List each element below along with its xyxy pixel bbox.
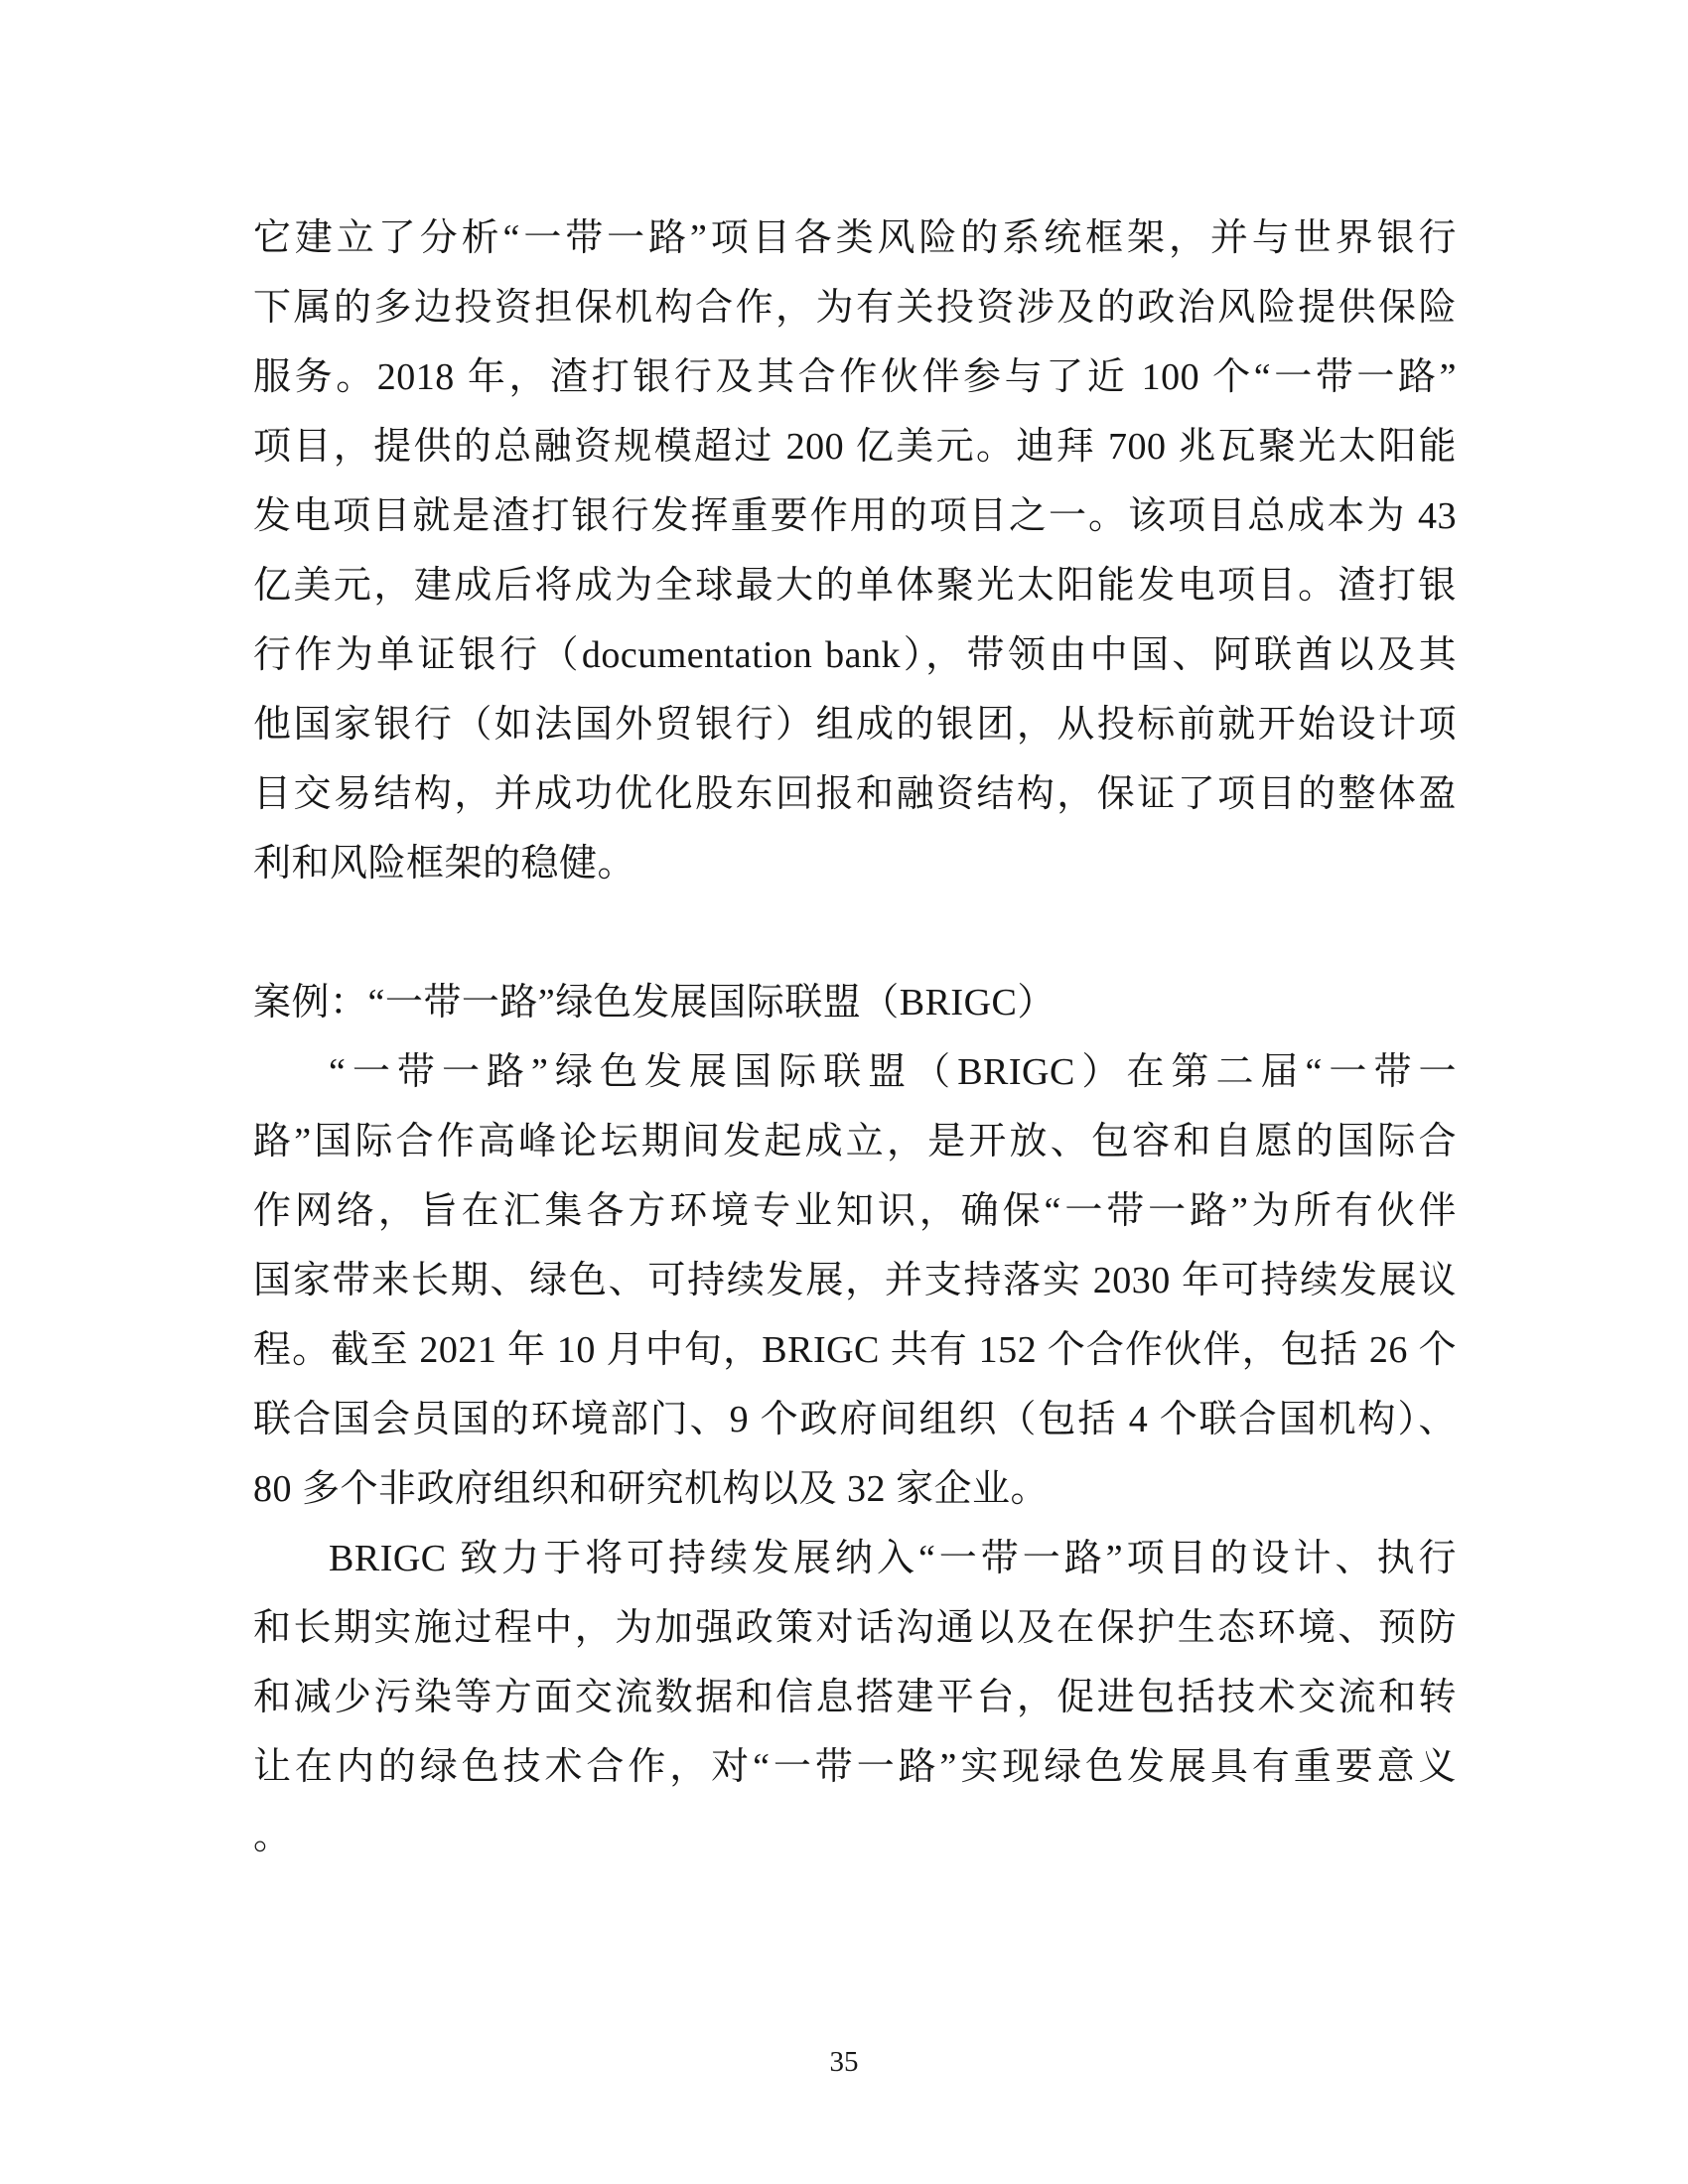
page-number: 35 (830, 2046, 859, 2078)
text-line: BRIGC 致力于将可持续发展纳入“一带一路”项目的设计、执行 (253, 1524, 1457, 1593)
text-line: 下属的多边投资担保机构合作，为有关投资涉及的政治风险提供保险 (253, 273, 1457, 342)
text-line: 和减少污染等方面交流数据和信息搭建平台，促进包括技术交流和转 (253, 1663, 1457, 1732)
paragraph-belt-road-risk: 它建立了分析“一带一路”项目各类风险的系统框架，并与世界银行下属的多边投资担保机… (253, 204, 1457, 898)
text-line: 行作为单证银行（documentation bank），带领由中国、阿联酋以及其 (253, 620, 1457, 690)
text-line: 服务。2018 年，渣打银行及其合作伙伴参与了近 100 个“一带一路” (253, 342, 1457, 412)
text-line: 项目，提供的总融资规模超过 200 亿美元。迪拜 700 兆瓦聚光太阳能 (253, 412, 1457, 481)
text-line: 亿美元，建成后将成为全球最大的单体聚光太阳能发电项目。渣打银 (253, 551, 1457, 620)
text-line: 案例：“一带一路”绿色发展国际联盟（BRIGC） (253, 968, 1457, 1037)
text-line: 路”国际合作高峰论坛期间发起成立，是开放、包容和自愿的国际合 (253, 1107, 1457, 1176)
text-line: 和长期实施过程中，为加强政策对话沟通以及在保护生态环境、预防 (253, 1593, 1457, 1663)
text-line: “一带一路”绿色发展国际联盟（BRIGC）在第二届“一带一 (253, 1037, 1457, 1107)
case-study-heading: 案例：“一带一路”绿色发展国际联盟（BRIGC） (253, 968, 1457, 1037)
text-line: 利和风险框架的稳健。 (253, 829, 1457, 898)
text-line: 程。截至 2021 年 10 月中旬，BRIGC 共有 152 个合作伙伴，包括… (253, 1315, 1457, 1385)
text-line: 。 (253, 1802, 1457, 1871)
paragraph-brigc-founding: “一带一路”绿色发展国际联盟（BRIGC）在第二届“一带一路”国际合作高峰论坛期… (253, 1037, 1457, 1524)
paragraph-brigc-mission: BRIGC 致力于将可持续发展纳入“一带一路”项目的设计、执行和长期实施过程中，… (253, 1524, 1457, 1871)
page-number-footer: 35 (0, 2045, 1688, 2079)
text-line: 国家带来长期、绿色、可持续发展，并支持落实 2030 年可持续发展议 (253, 1246, 1457, 1315)
text-line: 它建立了分析“一带一路”项目各类风险的系统框架，并与世界银行 (253, 204, 1457, 273)
text-line: 80 多个非政府组织和研究机构以及 32 家企业。 (253, 1454, 1457, 1524)
text-line: 让在内的绿色技术合作，对“一带一路”实现绿色发展具有重要意义 (253, 1732, 1457, 1802)
text-line: 作网络，旨在汇集各方环境专业知识，确保“一带一路”为所有伙伴 (253, 1176, 1457, 1246)
text-line: 发电项目就是渣打银行发挥重要作用的项目之一。该项目总成本为 43 (253, 481, 1457, 551)
document-page: 它建立了分析“一带一路”项目各类风险的系统框架，并与世界银行下属的多边投资担保机… (253, 204, 1457, 1871)
text-line: 他国家银行（如法国外贸银行）组成的银团，从投标前就开始设计项 (253, 690, 1457, 759)
text-line: 联合国会员国的环境部门、9 个政府间组织（包括 4 个联合国机构）、 (253, 1385, 1457, 1454)
text-line: 目交易结构，并成功优化股东回报和融资结构，保证了项目的整体盈 (253, 759, 1457, 829)
